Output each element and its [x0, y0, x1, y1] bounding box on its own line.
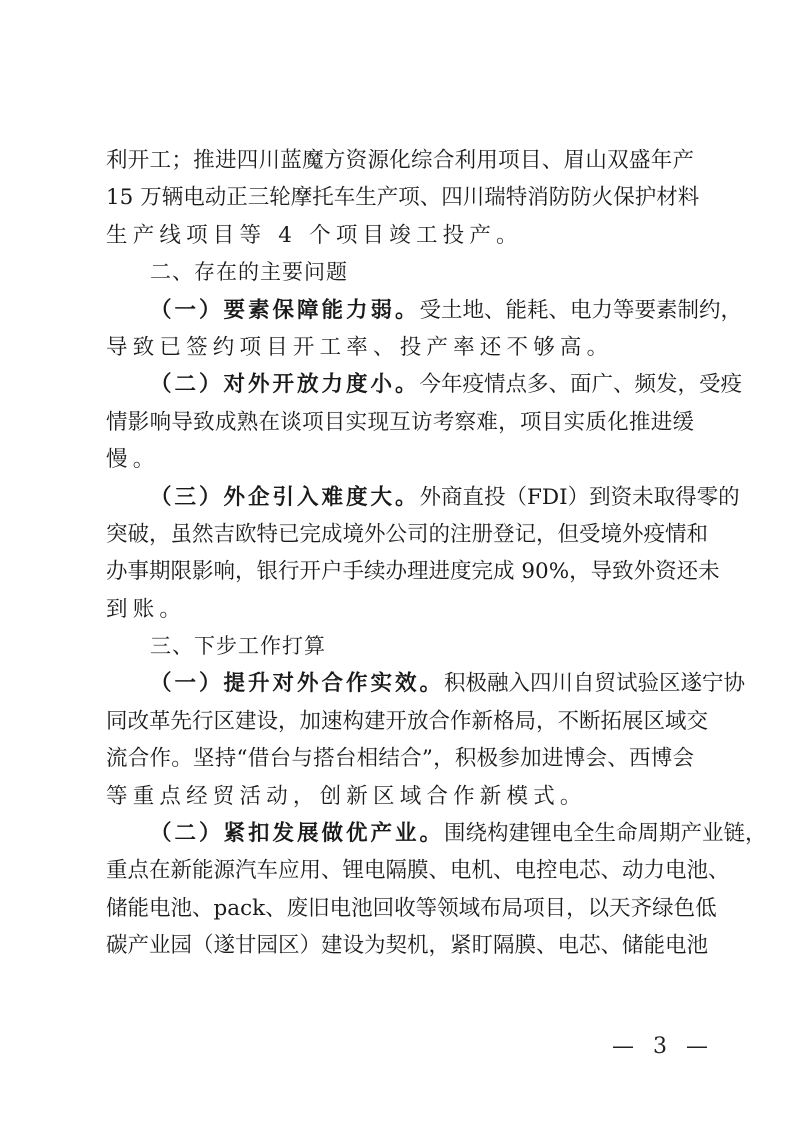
plan-lead: （二）紧扣发展做优产业。 [150, 821, 444, 846]
paragraph-line: 利开工；推进四川蓝魔方资源化综合利用项目、眉山双盛年产 [106, 142, 694, 179]
problem-text: 今年疫情点多、面广、频发，受疫 [420, 372, 743, 397]
plan-text: 积极融入四川自贸试验区遂宁协 [444, 671, 745, 696]
paragraph-line: 重点在新能源汽车应用、锂电隔膜、电机、电控电芯、动力电池、 [106, 852, 694, 889]
paragraph-line: 情影响导致成熟在谈项目实现互访考察难，项目实质化推进缓 [106, 404, 694, 441]
paragraph-line: 同改革先行区建设，加速构建开放合作新格局，不断拓展区域交 [106, 703, 694, 740]
section-heading-problems: 二、存在的主要问题 [106, 254, 694, 291]
paragraph-line: 办事期限影响，银行开户手续办理进度完成 90%，导致外资还未 [106, 553, 694, 590]
paragraph-line: 等重点经贸活动，创新区域合作新模式。 [106, 778, 694, 815]
paragraph-line: 生产线项目等 4 个项目竣工投产。 [106, 217, 694, 254]
section-heading-next-steps: 三、下步工作打算 [106, 628, 694, 665]
plan-text: 围绕构建锂电全生命周期产业链， [444, 821, 767, 846]
problem-text: 受土地、能耗、电力等要素制约， [420, 298, 743, 323]
paragraph-line: 到账。 [106, 591, 694, 628]
problem-item-1: （一）要素保障能力弱。受土地、能耗、电力等要素制约， [106, 292, 694, 329]
plan-item-1: （一）提升对外合作实效。积极融入四川自贸试验区遂宁协 [106, 665, 694, 702]
paragraph-line: 储能电池、pack、废旧电池回收等领域布局项目，以天齐绿色低 [106, 890, 694, 927]
paragraph-line: 流合作。坚持“借台与搭台相结合”，积极参加进博会、西博会 [106, 740, 694, 777]
paragraph-line: 15 万辆电动正三轮摩托车生产项、四川瑞特消防防火保护材料 [106, 179, 694, 216]
paragraph-line: 慢。 [106, 441, 694, 478]
problem-lead: （三）外企引入难度大。 [150, 485, 420, 510]
paragraph-line: 碳产业园（遂甘园区）建设为契机，紧盯隔膜、电芯、储能电池 [106, 927, 694, 964]
problem-lead: （二）对外开放力度小。 [150, 372, 420, 397]
page-number: — 3 — [612, 1034, 714, 1059]
problem-item-3: （三）外企引入难度大。外商直投（FDI）到资未取得零的 [106, 479, 694, 516]
plan-lead: （一）提升对外合作实效。 [150, 671, 444, 696]
paragraph-line: 突破，虽然吉欧特已完成境外公司的注册登记，但受境外疫情和 [106, 516, 694, 553]
document-page: 利开工；推进四川蓝魔方资源化综合利用项目、眉山双盛年产 15 万辆电动正三轮摩托… [106, 142, 694, 965]
plan-item-2: （二）紧扣发展做优产业。围绕构建锂电全生命周期产业链， [106, 815, 694, 852]
problem-lead: （一）要素保障能力弱。 [150, 298, 420, 323]
paragraph-line: 导致已签约项目开工率、投产率还不够高。 [106, 329, 694, 366]
problem-text: 外商直投（FDI）到资未取得零的 [420, 485, 740, 510]
problem-item-2: （二）对外开放力度小。今年疫情点多、面广、频发，受疫 [106, 366, 694, 403]
